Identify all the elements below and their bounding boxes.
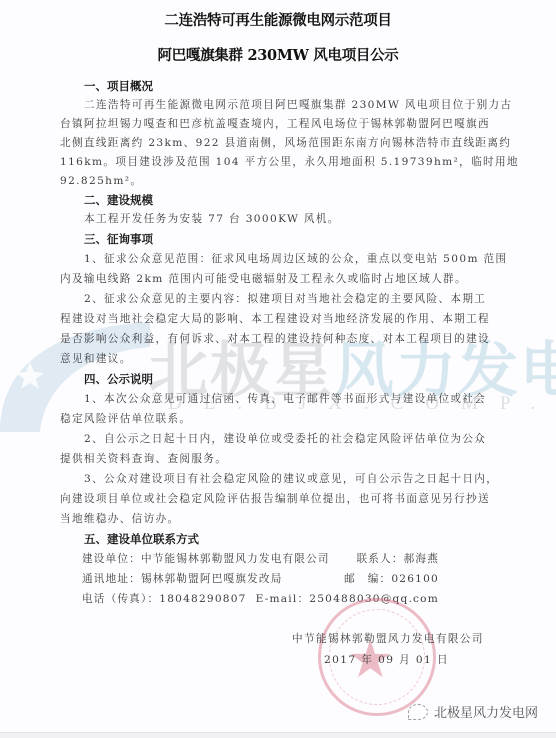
section-4-line: 2、自公示之日起十日内，建设单位或受委托的社会稳定风险评估单位为公众 <box>84 431 486 446</box>
bottom-border <box>0 732 556 738</box>
signature-company: 中节能锡林郭勒盟风力发电有限公司 <box>292 631 484 646</box>
section-2-line: 本工程开发任务为安装 77 台 3000KW 风机。 <box>84 211 340 226</box>
section-1-line: 116km。项目建设涉及范围 104 平方公里，永久用地面积 5.19739hm… <box>60 154 519 169</box>
section-4-line: 1、本次公众意见可通过信函、传真、电子邮件等书面形式与建设单位或社会 <box>84 391 486 406</box>
section-1-line: 台镇阿拉坦锡力嘎查和巴彦杭盖嘎查境内，工程风电场位于锡林郭勒盟阿巴嘎旗西 <box>60 116 490 131</box>
section-heading-2: 二、建设规模 <box>84 192 153 208</box>
section-3-line: 1、征求公众意见范围：征求风电场周边区域的公众，重点以变电站 500m 范围 <box>84 251 507 266</box>
wechat-bubble-icon <box>408 704 428 720</box>
contact-company: 建设单位：中节能锡林郭勒盟风力发电有限公司 <box>82 553 330 565</box>
section-3-line: 内及输电线路 2km 范围内可能受电磁辐射及工程永久或临时占地区域人群。 <box>60 271 467 286</box>
contact-address: 通讯地址：锡林郭勒盟阿巴嘎旗发改局 <box>82 573 283 585</box>
contact-email: E-mail：250488030@qq.com <box>256 591 439 606</box>
contact-postcode: 邮 编：026100 <box>344 571 439 586</box>
section-4-line: 3、公众对建设项目有社会稳定风险的建议或意见，可自公示告之日起十日内， <box>84 471 498 486</box>
section-3-line: 是否影响公众利益，有何诉求、对本工程的建设持何种态度、对本工程项目的建设 <box>60 331 490 346</box>
document-title-line-2: 阿巴嘎旗集群 230MW 风电项目公示 <box>0 44 556 65</box>
section-4-line: 当地维稳办、信访办。 <box>60 511 179 526</box>
document-page: 二连浩特可再生能源微电网示范项目 阿巴嘎旗集群 230MW 风电项目公示 北极星… <box>0 0 556 732</box>
footer-watermark-text: 北极星风力发电网 <box>434 702 538 721</box>
section-3-line: 2、征求公众意见的主要内容：拟建项目对当地社会稳定的主要风险、本期工 <box>84 291 486 306</box>
section-heading-3: 三、征询事项 <box>84 231 153 247</box>
section-1-line: 北侧直线距离约 23km、922 县道南侧，风场范围距东南方向锡林浩特市直线距离… <box>60 135 511 150</box>
section-1-line: 92.825hm²。 <box>60 173 142 188</box>
footer-watermark: 北极星风力发电网 <box>408 702 538 721</box>
section-3-line: 程建设对当地社会稳定大局的影响、本工程建设对当地经济发展的作用、本期工程 <box>60 311 490 326</box>
section-heading-1: 一、项目概况 <box>84 78 153 94</box>
contact-person: 联系人：郝海燕 <box>356 551 439 566</box>
section-3-line: 意见和建议。 <box>60 351 132 366</box>
section-1-line: 二连浩特可再生能源微电网示范项目阿巴嘎旗集群 230MW 风电项目位于别力古 <box>84 97 512 112</box>
contact-row-address: 通讯地址：锡林郭勒盟阿巴嘎旗发改局 邮 编：026100 <box>82 571 437 586</box>
section-heading-4: 四、公示说明 <box>84 371 153 387</box>
document-title-line-1: 二连浩特可再生能源微电网示范项目 <box>0 9 556 30</box>
section-4-line: 提供相关资料查询、查阅服务。 <box>60 451 227 466</box>
contact-row-company: 建设单位：中节能锡林郭勒盟风力发电有限公司 联系人：郝海燕 <box>82 551 437 566</box>
signature-date: 2017 年 09 月 01 日 <box>324 652 449 667</box>
section-4-line: 稳定风险评估单位联系。 <box>60 411 191 426</box>
section-heading-5: 五、建设单位联系方式 <box>84 531 199 547</box>
section-4-line: 向建设项目单位或社会稳定风险评估报告编制单位提出，也可将书面意见另行抄送 <box>60 491 490 506</box>
contact-phone: 电话（传真）：18048290807 <box>82 593 247 605</box>
